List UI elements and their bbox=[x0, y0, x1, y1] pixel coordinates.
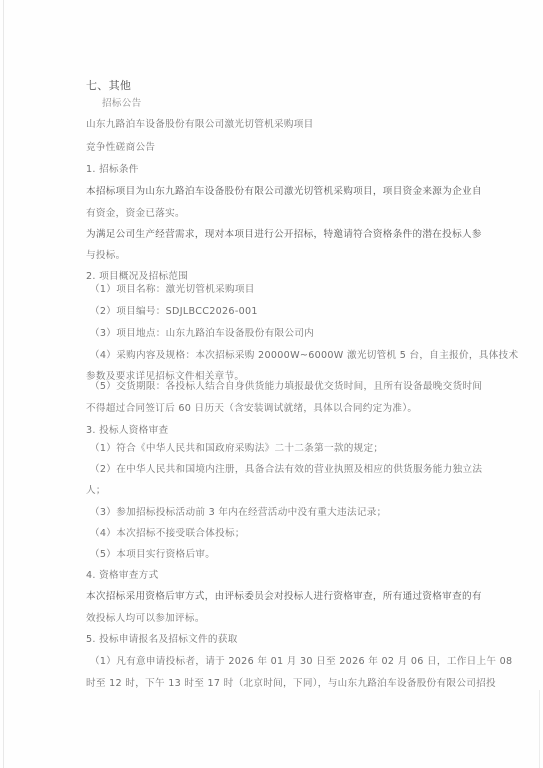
section-5-item: 时至 12 时，下午 13 时至 17 时（北京时间，下同），与山东九路泊车设备… bbox=[86, 677, 496, 691]
section-1-paragraph: 为满足公司生产经营需求，现对本项目进行公开招标，特邀请符合资格条件的潜在投标人参 bbox=[86, 228, 482, 242]
section-3-item: 人； bbox=[86, 484, 106, 498]
section-4-title: 4. 资格审查方式 bbox=[86, 569, 158, 583]
section-3-item: （3）参加招标投标活动前 3 年内在经营活动中没有重大违法记录； bbox=[90, 506, 387, 520]
section-3-item: （5）本项目实行资格后审。 bbox=[90, 548, 215, 562]
section-1-paragraph: 本招标项目为山东九路泊车设备股份有限公司激光切管机采购项目，项目资金来源为企业自 bbox=[86, 185, 482, 199]
section-2-title: 2. 项目概况及招标范围 bbox=[86, 270, 188, 284]
section-2-item: （2）项目编号：SDJLBCC2026-001 bbox=[90, 305, 258, 319]
section-2-item: （3）项目地点：山东九路泊车设备股份有限公司内 bbox=[90, 327, 314, 341]
notice-type: 竞争性磋商公告 bbox=[86, 141, 155, 155]
section-2-item: （5）交货期限：各投标人结合自身供货能力填报最优交货时间，且所有设备最晚交货时间 bbox=[90, 380, 482, 394]
section-3-item: （2）在中华人民共和国境内注册，具备合法有效的营业执照及相应的供货服务能力独立法 bbox=[90, 463, 482, 477]
section-5-title: 5. 投标申请报名及招标文件的获取 bbox=[86, 633, 238, 647]
section-5-item: （1）凡有意申请投标者，请于 2026 年 01 月 30 日至 2026 年 … bbox=[90, 655, 512, 669]
section-3-item: （1）符合《中华人民共和国政府采购法》二十二条第一款的规定； bbox=[90, 442, 383, 456]
section-3-item: （4）本次招标不接受联合体投标； bbox=[90, 527, 245, 541]
section-1-paragraph: 与投标。 bbox=[86, 249, 126, 263]
project-title: 山东九路泊车设备股份有限公司激光切管机采购项目 bbox=[86, 118, 314, 132]
section-2-item: （1）项目名称：激光切管机采购项目 bbox=[90, 283, 255, 297]
section-4-paragraph: 效投标人均可以参加评标。 bbox=[86, 612, 205, 626]
section-1-title: 1. 招标条件 bbox=[86, 163, 139, 177]
section-1-paragraph: 有资金，资金已落实。 bbox=[86, 207, 185, 221]
section-4-paragraph: 本次招标采用资格后审方式，由评标委员会对投标人进行资格审查，所有通过资格审查的有 bbox=[86, 590, 482, 604]
section-2-item: （4）采购内容及规格：本次招标采购 20000W~6000W 激光切管机 5 台… bbox=[90, 349, 518, 363]
scan-edge-left bbox=[3, 0, 4, 768]
subheading: 招标公告 bbox=[102, 97, 142, 111]
scan-edge-right bbox=[539, 690, 540, 768]
section-heading: 七、其他 bbox=[86, 79, 131, 93]
document-page: 七、其他 招标公告 山东九路泊车设备股份有限公司激光切管机采购项目 竞争性磋商公… bbox=[0, 0, 543, 768]
section-2-item: 不得超过合同签订后 60 日历天（含安装调试就绪，具体以合同约定为准）。 bbox=[86, 402, 417, 416]
section-3-title: 3. 投标人资格审查 bbox=[86, 424, 168, 438]
